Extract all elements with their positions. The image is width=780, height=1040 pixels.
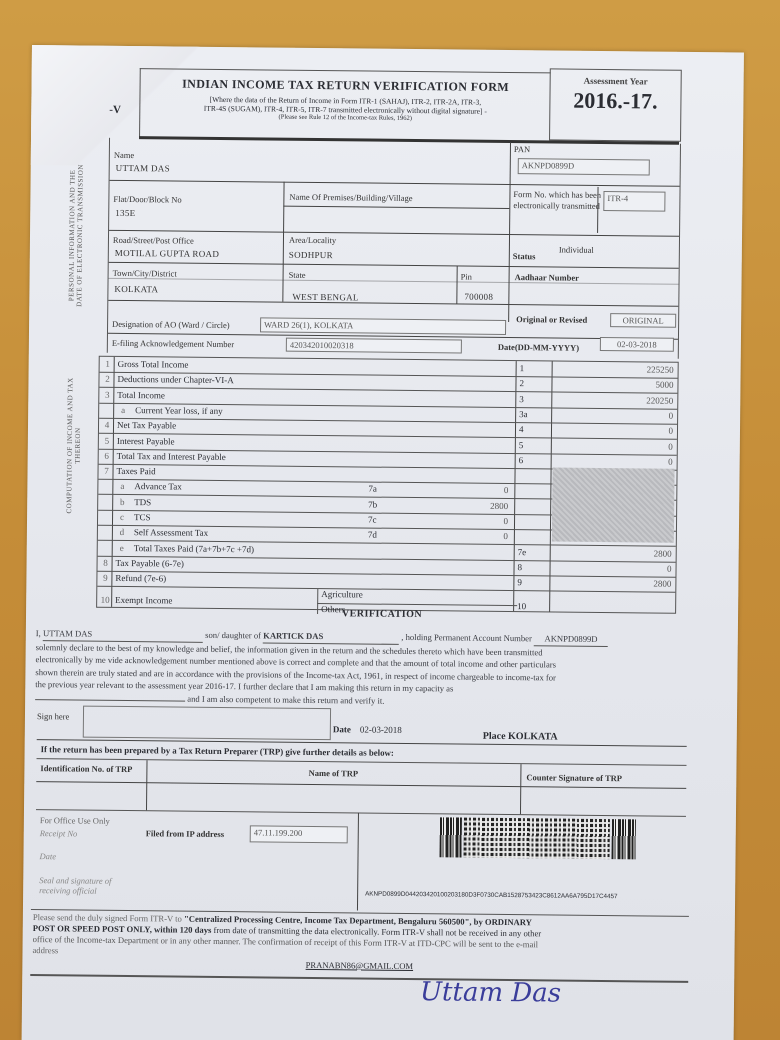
date-label: Date(DD-MM-YYYY): [498, 342, 579, 353]
ack-value: 420342010020318: [286, 338, 462, 354]
redacted-area: [552, 467, 675, 542]
signature-box[interactable]: [83, 706, 331, 741]
ip-label: Filed from IP address: [146, 828, 224, 839]
name-value: UTTAM DAS: [116, 163, 170, 174]
ao-label: Designation of AO (Ward / Circle): [112, 319, 230, 330]
assessment-year: 2016.-17.: [550, 87, 680, 114]
ack-label: E-filing Acknowledgement Number: [112, 338, 234, 349]
barcode-right: [612, 819, 636, 859]
premises-label: Name Of Premises/Building/Village: [289, 192, 412, 203]
office-use-section: For Office Use Only Receipt No Date Seal…: [35, 809, 686, 914]
date-value: 02-03-2018: [600, 337, 674, 352]
barcode-left: [440, 817, 462, 857]
verification-place: Place KOLKATA: [483, 731, 558, 743]
trp-heading: If the return has been prepared by a Tax…: [41, 744, 394, 758]
verification-name: UTTAM DAS: [43, 627, 203, 642]
receipt-no-label: Receipt No: [40, 828, 78, 838]
trp-table: Identification No. of TRP Name of TRP Co…: [36, 758, 687, 817]
assessment-year-label: Assessment Year: [551, 75, 681, 86]
trp-name-header: Name of TRP: [146, 766, 520, 780]
form-code: -V: [109, 104, 121, 116]
verification-date: Date 02-03-2018: [333, 724, 402, 735]
state-value: WEST BENGAL: [292, 292, 358, 303]
2d-barcode: [464, 818, 610, 860]
ao-value: WARD 26(1), KOLKATA: [260, 317, 506, 335]
header-box: INDIAN INCOME TAX RETURN VERIFICATION FO…: [139, 68, 551, 141]
son-of-label: son/ daughter of: [205, 630, 261, 641]
orig-rev-label: Original or Revised: [516, 314, 587, 325]
orig-rev-value: ORIGINAL: [610, 313, 676, 328]
father-name: KARTICK DAS: [263, 629, 399, 644]
office-date-label: Date: [39, 851, 56, 861]
status-label: Status: [513, 251, 536, 261]
pan-label: PAN: [514, 144, 530, 154]
pin-value: 700008: [464, 292, 493, 302]
ip-value: 47.11.199.200: [250, 825, 348, 843]
personal-section-label: PERSONAL INFORMATION AND THE DATE OF ELE…: [67, 160, 85, 310]
form-no-label: Form No. which has been electronically t…: [513, 189, 603, 212]
area-value: SODHPUR: [289, 250, 333, 260]
handwritten-signature: Uttam Das: [420, 977, 561, 1008]
trp-signature-header: Counter Signature of TRP: [526, 772, 622, 783]
verification-prefix: I,: [36, 628, 41, 638]
verification-pan: AKNPD0899D: [534, 632, 608, 646]
verification-text: I, UTTAM DAS son/ daughter of KARTICK DA…: [35, 627, 686, 710]
personal-info-table: PAN Name UTTAM DAS AKNPD0899D Flat/Door/…: [107, 138, 681, 359]
verification-line-6: and I am also competent to make this ret…: [187, 693, 384, 705]
footer-instructions: Please send the duly signed Form ITR-V t…: [30, 909, 689, 983]
form-title: INDIAN INCOME TAX RETURN VERIFICATION FO…: [141, 76, 551, 95]
name-label: Name: [114, 150, 134, 160]
office-use-label: For Office Use Only: [40, 815, 110, 826]
seal-label: Seal and signature of receiving official: [39, 875, 139, 896]
computation-section-label: COMPUTATION OF INCOME AND TAX THEREON: [65, 365, 83, 525]
assessment-year-box: Assessment Year 2016.-17.: [549, 68, 682, 141]
pin-label: Pin: [461, 272, 472, 282]
itr-v-document: -V INDIAN INCOME TAX RETURN VERIFICATION…: [22, 45, 744, 1040]
area-label: Area/Locality: [289, 235, 336, 245]
town-value: KOLKATA: [114, 284, 158, 294]
flat-value: 135E: [115, 208, 135, 218]
aadhaar-label: Aadhaar Number: [515, 272, 579, 283]
town-label: Town/City/District: [113, 268, 177, 279]
state-label: State: [289, 270, 306, 280]
barcode-text: AKNPD0899D044203420100203180D3F0730CAB15…: [365, 891, 617, 901]
trp-id-header: Identification No. of TRP: [40, 763, 132, 774]
holding-pan-label: , holding Permanent Account Number: [401, 632, 532, 643]
computation-table: 1Gross Total Income12252502Deductions un…: [96, 356, 679, 614]
sign-here-label: Sign here: [37, 711, 69, 721]
flat-label: Flat/Door/Block No: [113, 194, 181, 205]
form-no-value: ITR-4: [603, 191, 665, 212]
pan-value: AKNPD0899D: [518, 158, 650, 175]
road-label: Road/Street/Post Office: [113, 235, 194, 246]
status-value: Individual: [559, 245, 594, 255]
road-value: MOTILAL GUPTA ROAD: [115, 248, 219, 259]
